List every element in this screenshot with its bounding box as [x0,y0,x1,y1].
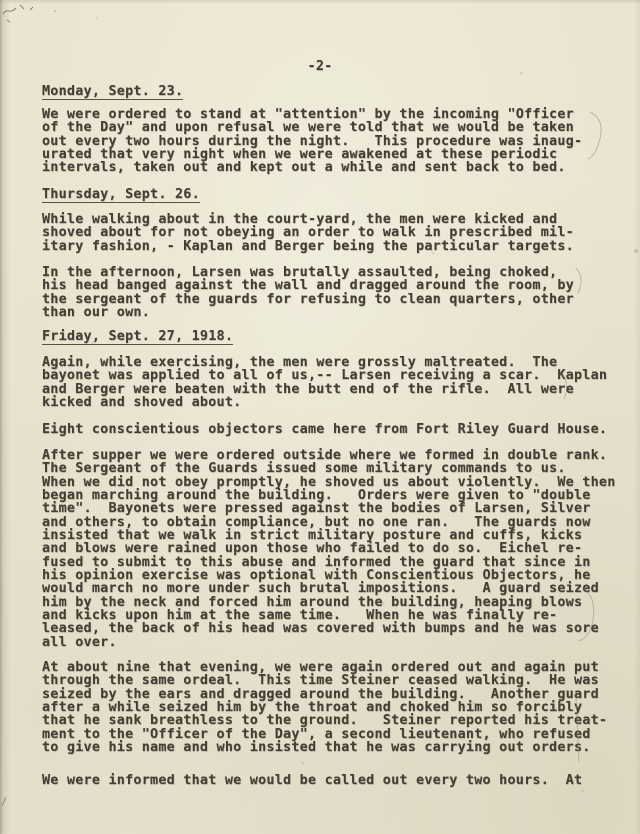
edge-tick-mark [2,797,6,806]
date-heading-friday-sept-27-1918: Friday, Sept. 27, 1918. [42,330,233,345]
page-number: -2- [0,60,640,73]
journal-paragraph-fort-riley-arrivals: Eight conscientious objectors came here … [42,423,607,436]
journal-paragraph-after-supper: After supper we were ordered outside whe… [42,449,616,649]
paper-speckles [0,0,2,2]
paper-fleck [54,10,56,12]
date-heading-thursday-sept-26: Thursday, Sept. 26. [42,188,200,203]
paper-fleck [96,17,98,19]
journal-paragraph-larsen-assault: In the afternoon, Larsen was brutally as… [42,266,574,319]
journal-paragraph-called-out: We were informed that we would be called… [42,774,582,787]
journal-paragraph-courtyard: While walking about in the court-yard, t… [42,213,574,253]
corner-scribble [3,5,33,22]
date-heading-monday-sept-23: Monday, Sept. 23. [42,85,183,100]
journal-paragraph-attention-order: We were ordered to stand at "attention" … [42,108,582,175]
scanned-typewritten-page: { "colors": { "paper": "#eae5d1", "ink":… [0,0,640,834]
journal-paragraph-maltreatment: Again, while exercising, the men were gr… [42,356,607,409]
journal-paragraph-nine-evening: At about nine that evening, we were agai… [42,661,607,754]
